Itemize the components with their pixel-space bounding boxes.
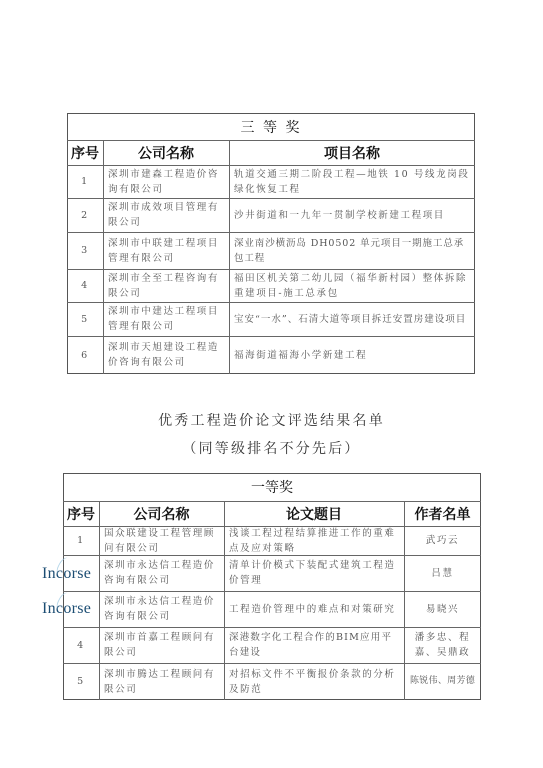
row-company: 深圳市永达信工程造价咨询有限公司 <box>99 591 224 627</box>
third-prize-banner: 三 等 奖 <box>67 113 475 140</box>
row-seq: 6 <box>67 336 103 374</box>
row-company: 深圳市全至工程咨询有限公司 <box>103 269 229 302</box>
document-title: 优秀工程造价论文评选结果名单 <box>0 410 543 430</box>
row-project: 沙井街道和一九年一贯制学校新建工程项目 <box>229 198 475 232</box>
row-seq: 1 <box>67 165 103 198</box>
incorse-watermark: Incorse <box>42 565 91 583</box>
row-authors: 吕慧 <box>404 555 481 591</box>
document-subtitle: （同等级排名不分先后） <box>0 438 543 458</box>
row-seq: 4 <box>67 269 103 302</box>
row-company: 深圳市成效项目管理有限公司 <box>103 198 229 232</box>
row-paper: 清单计价模式下装配式建筑工程造价管理 <box>224 555 404 591</box>
col-header-paper: 论文题目 <box>224 501 404 526</box>
row-project: 轨道交通三期二阶段工程—地铁 10 号线龙岗段绿化恢复工程 <box>229 165 475 198</box>
row-company: 深圳市建森工程造价咨询有限公司 <box>103 165 229 198</box>
row-company: 深圳市永达信工程造价咨询有限公司 <box>99 555 224 591</box>
row-seq: 2 <box>67 198 103 232</box>
row-seq: 5 <box>63 663 99 700</box>
col-header-seq: 序号 <box>63 501 99 526</box>
row-paper: 工程造价管理中的难点和对策研究 <box>224 591 404 627</box>
row-company: 深圳市天旭建设工程造价咨询有限公司 <box>103 336 229 374</box>
col-header-seq: 序号 <box>67 140 103 165</box>
col-header-company: 公司名称 <box>103 140 229 165</box>
row-seq: 1 <box>63 526 99 555</box>
row-seq: 3 <box>67 232 103 269</box>
row-seq: 4 <box>63 627 99 663</box>
first-prize-banner: 一等奖 <box>63 473 481 501</box>
incorse-watermark: Incorse <box>42 600 91 618</box>
col-header-company: 公司名称 <box>99 501 224 526</box>
row-project: 深业南沙横沥岛 DH0502 单元项目一期施工总承包工程 <box>229 232 475 269</box>
row-paper: 浅谈工程过程结算推进工作的重难点及应对策略 <box>224 526 404 555</box>
row-company: 深圳市中联建工程项目管理有限公司 <box>103 232 229 269</box>
row-authors: 潘多忠、程嘉、吴鼎政 <box>404 627 481 663</box>
row-company: 深圳市中建达工程项目管理有限公司 <box>103 302 229 336</box>
row-project: 福海街道福海小学新建工程 <box>229 336 475 374</box>
row-company: 国众联建设工程管理顾问有限公司 <box>99 526 224 555</box>
row-authors: 陈锐伟、周芳德 <box>404 663 481 700</box>
row-company: 深圳市首嘉工程顾问有限公司 <box>99 627 224 663</box>
row-paper: 对招标文件不平衡报价条款的分析及防范 <box>224 663 404 700</box>
row-company: 深圳市腾达工程顾问有限公司 <box>99 663 224 700</box>
col-header-authors: 作者名单 <box>404 501 481 526</box>
row-project: 福田区机关第二幼儿园（福华新村园）整体拆除重建项目-施工总承包 <box>229 269 475 302</box>
col-header-project: 项目名称 <box>229 140 475 165</box>
row-authors: 易晓兴 <box>404 591 481 627</box>
row-authors: 武巧云 <box>404 526 481 555</box>
row-seq: 5 <box>67 302 103 336</box>
row-paper: 深港数字化工程合作的BIM应用平台建设 <box>224 627 404 663</box>
row-project: 宝安“一水”、石清大道等项目拆迁安置房建设项目 <box>229 302 475 336</box>
